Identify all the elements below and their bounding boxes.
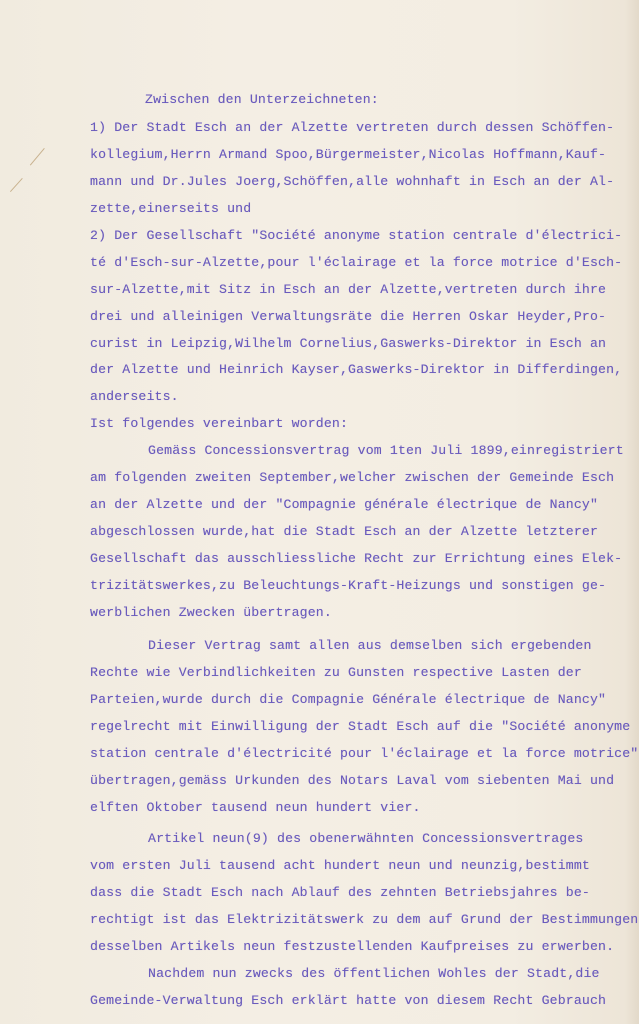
text-line: rechtigt ist das Elektrizitätswerk zu de…	[90, 912, 638, 928]
text-line: drei und alleinigen Verwaltungsräte die …	[90, 309, 606, 325]
text-line: 2) Der Gesellschaft "Société anonyme sta…	[90, 228, 622, 244]
pencil-mark	[10, 178, 23, 192]
text-line: Rechte wie Verbindlichkeiten zu Gunsten …	[90, 665, 582, 681]
page-edge-shadow	[625, 0, 639, 1024]
text-line: übertragen,gemäss Urkunden des Notars La…	[90, 773, 614, 789]
text-line: trizitätswerkes,zu Beleuchtungs-Kraft-He…	[90, 578, 606, 594]
text-line: Ist folgendes vereinbart worden:	[90, 416, 348, 432]
text-line: mann und Dr.Jules Joerg,Schöffen,alle wo…	[90, 174, 614, 190]
text-line: werblichen Zwecken übertragen.	[90, 605, 332, 621]
text-line: té d'Esch-sur-Alzette,pour l'éclairage e…	[90, 255, 622, 271]
typewritten-document-page: Zwischen den Unterzeichneten:1) Der Stad…	[0, 0, 639, 1024]
text-line: 1) Der Stadt Esch an der Alzette vertret…	[90, 120, 614, 136]
text-line: Zwischen den Unterzeichneten:	[145, 92, 379, 108]
text-line: Gesellschaft das ausschliessliche Recht …	[90, 551, 622, 567]
text-line: vom ersten Juli tausend acht hundert neu…	[90, 858, 590, 874]
text-line: desselben Artikels neun festzustellenden…	[90, 939, 614, 955]
text-line: an der Alzette und der "Compagnie généra…	[90, 497, 598, 513]
text-line: der Alzette und Heinrich Kayser,Gaswerks…	[90, 362, 622, 378]
text-line: am folgenden zweiten September,welcher z…	[90, 470, 614, 486]
text-line: abgeschlossen wurde,hat die Stadt Esch a…	[90, 524, 598, 540]
text-line: Gemäss Concessionsvertrag vom 1ten Juli …	[148, 443, 624, 459]
text-line: zette,einerseits und	[90, 201, 251, 217]
text-line: curist in Leipzig,Wilhelm Cornelius,Gasw…	[90, 336, 606, 352]
text-line: sur-Alzette,mit Sitz in Esch an der Alze…	[90, 282, 606, 298]
text-line: elften Oktober tausend neun hundert vier…	[90, 800, 421, 816]
text-line: regelrecht mit Einwilligung der Stadt Es…	[90, 719, 630, 735]
text-line: Gemeinde-Verwaltung Esch erklärt hatte v…	[90, 993, 606, 1009]
pencil-mark	[30, 148, 45, 165]
text-line: anderseits.	[90, 389, 179, 405]
text-line: Artikel neun(9) des obenerwähnten Conces…	[148, 831, 583, 847]
text-line: Parteien,wurde durch die Compagnie Génér…	[90, 692, 606, 708]
text-line: dass die Stadt Esch nach Ablauf des zehn…	[90, 885, 590, 901]
text-line: Dieser Vertrag samt allen aus demselben …	[148, 638, 592, 654]
text-line: kollegium,Herrn Armand Spoo,Bürgermeiste…	[90, 147, 606, 163]
text-line: station centrale d'électricité pour l'éc…	[90, 746, 638, 762]
text-line: Nachdem nun zwecks des öffentlichen Wohl…	[148, 966, 600, 982]
